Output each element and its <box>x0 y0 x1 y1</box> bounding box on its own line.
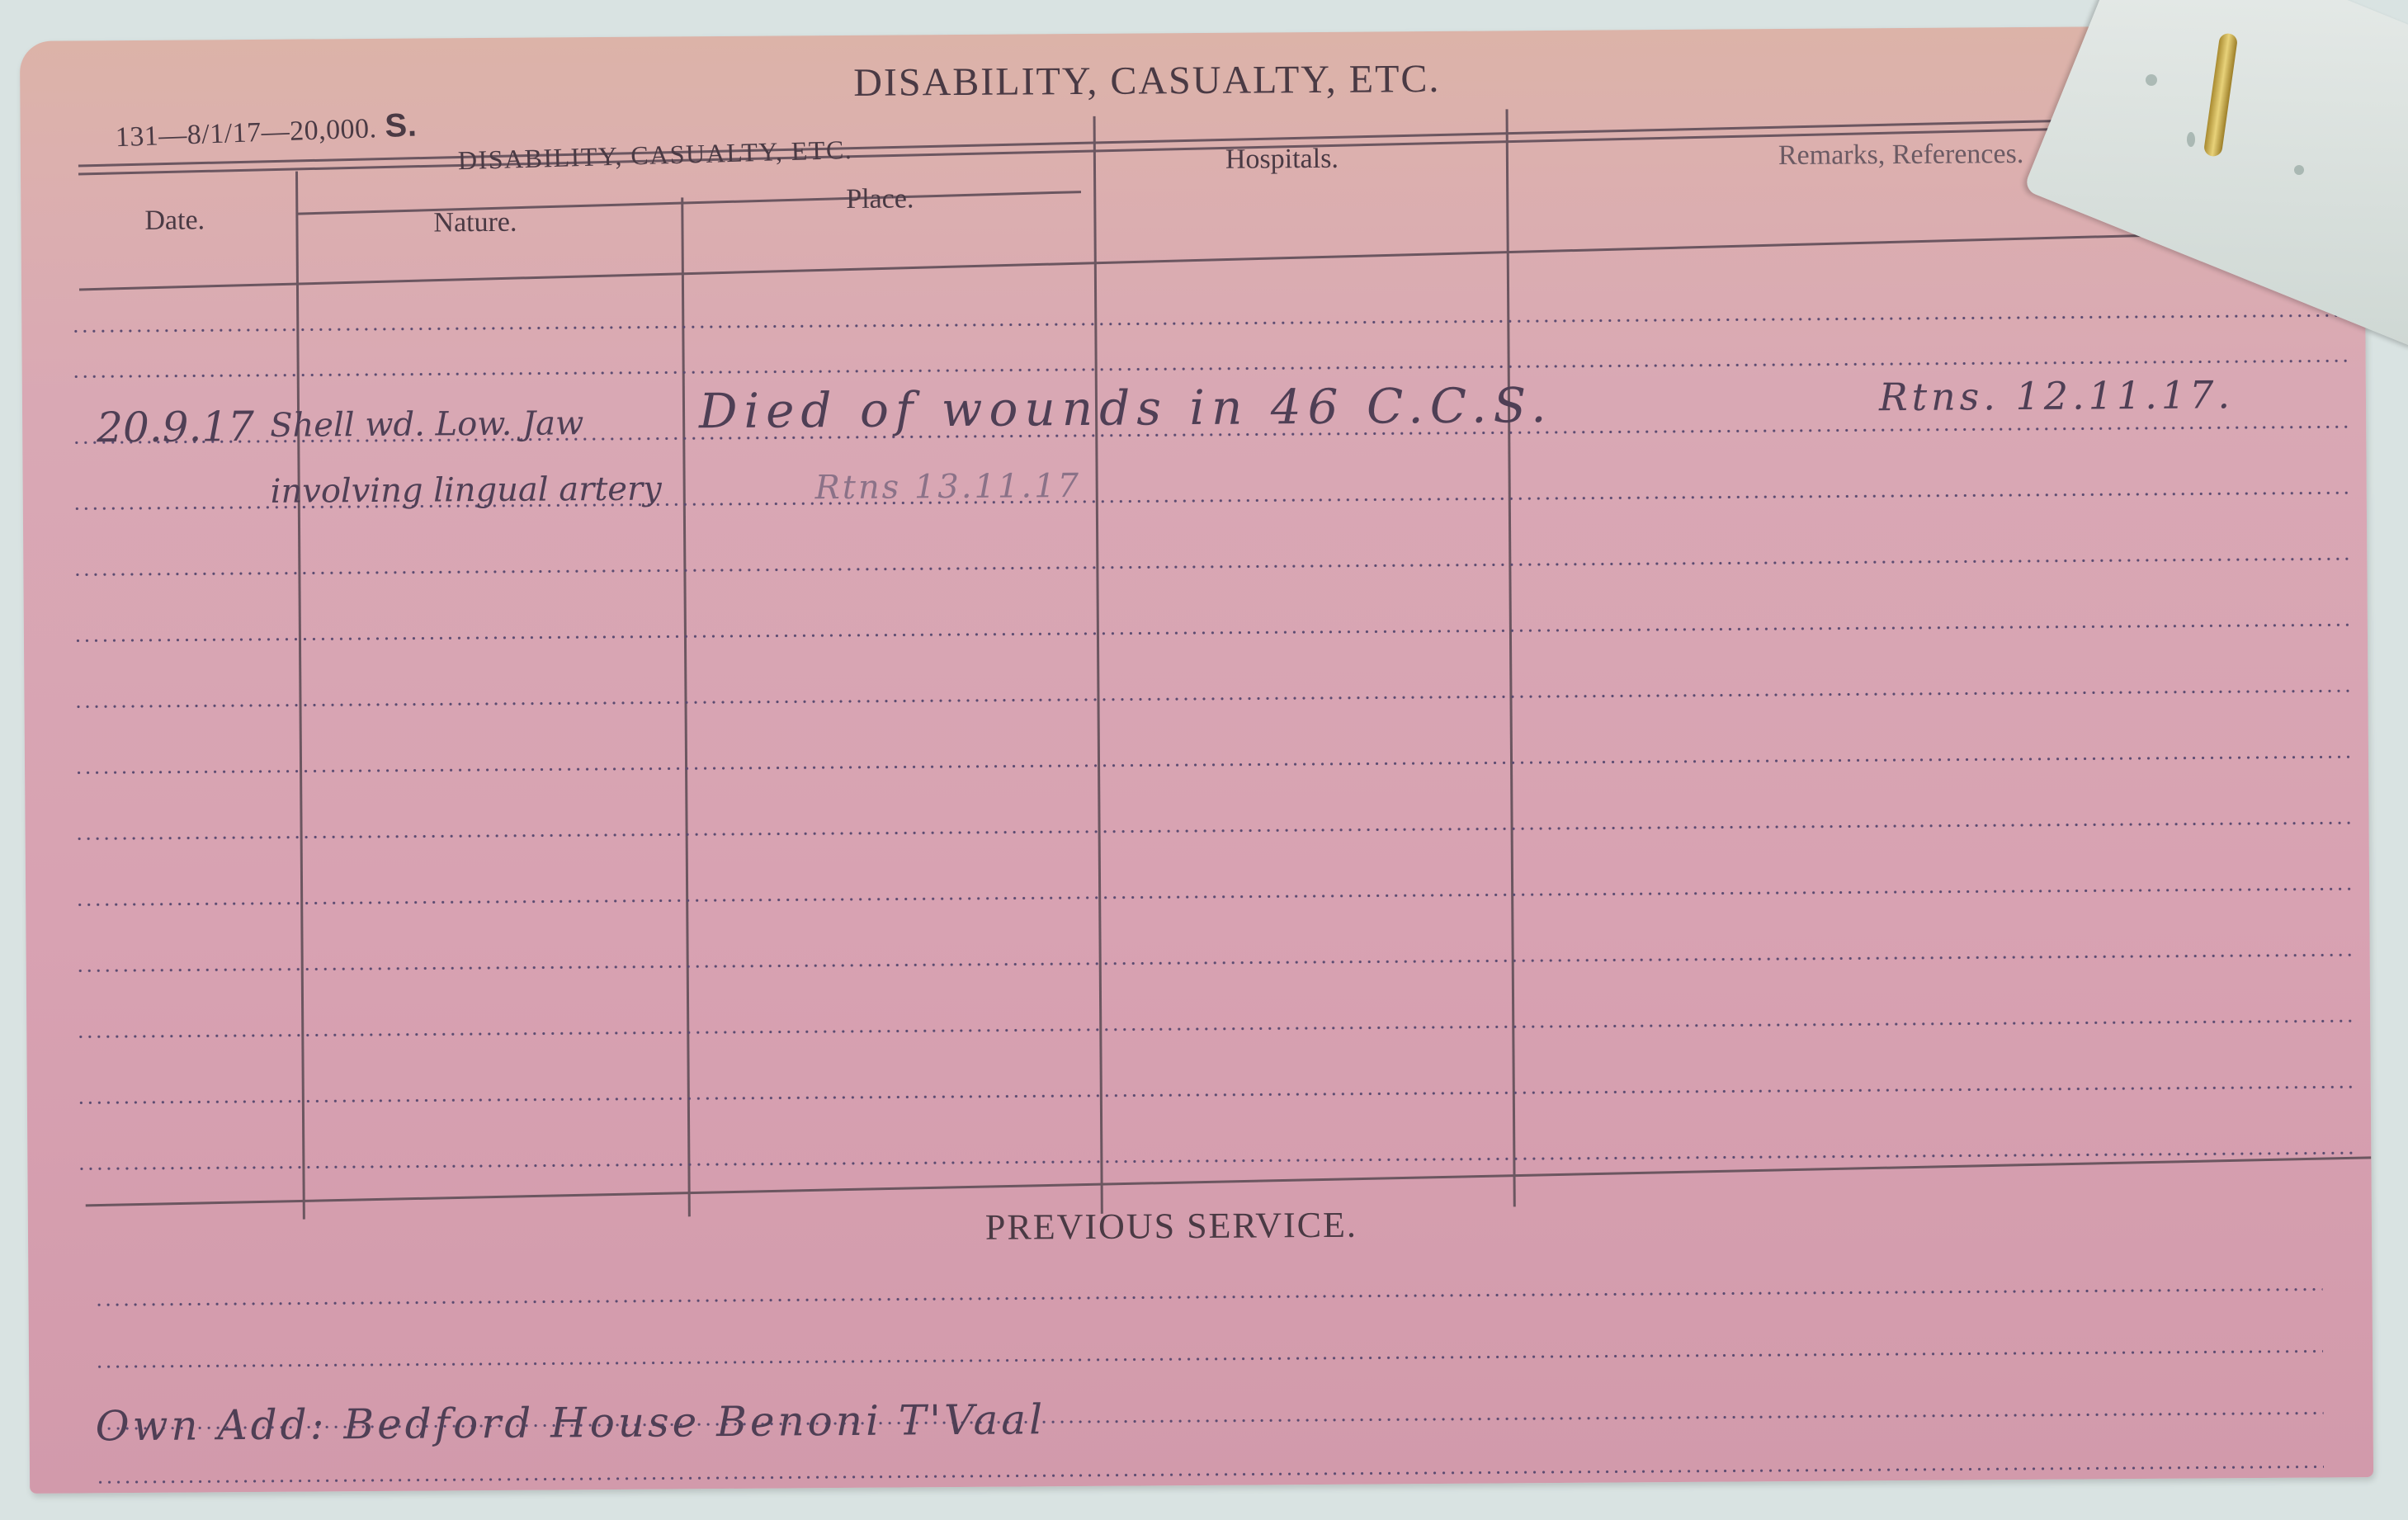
group-underline <box>297 191 1081 215</box>
entry-date: 20.9.17 <box>97 403 254 451</box>
form-title: DISABILITY, CASUALTY, ETC. <box>853 56 1441 106</box>
divider-hospitals-remarks <box>1506 109 1516 1206</box>
entry-nature-line1: Shell wd. Low. Jaw <box>270 404 583 445</box>
casualty-entry: 20.9.17 Shell wd. Low. Jaw involving lin… <box>20 25 2363 41</box>
entry-place-line2: Rtns 13.11.17 <box>815 467 1082 507</box>
own-address: Own Add: Bedford House Benoni T'Vaal <box>95 1395 1046 1450</box>
casualty-form-card: 131—8/1/17—20,000.S. DISABILITY, CASUALT… <box>20 25 2373 1494</box>
entry-place-line1: Died of wounds in 46 C.C.S. <box>699 377 1553 439</box>
previous-service-dotted-rows <box>20 25 2363 41</box>
previous-service-title: PREVIOUS SERVICE. <box>985 1204 1357 1249</box>
divider-place-hospitals <box>1093 116 1103 1214</box>
column-header-nature: Nature. <box>433 207 517 239</box>
dotted-rows <box>20 25 2363 41</box>
entry-nature-line2: involving lingual artery <box>271 470 662 511</box>
print-reference-number: 131—8/1/17—20,000. <box>115 113 377 153</box>
column-header-hospitals: Hospitals. <box>1225 144 1339 176</box>
entry-remarks: Rtns. 12.11.17. <box>1879 372 2234 419</box>
column-header-remarks: Remarks, References. <box>1778 139 2024 172</box>
print-series-letter: S. <box>385 106 418 144</box>
column-group-header: DISABILITY, CASUALTY, ETC. <box>457 135 852 176</box>
header-bottom-rule <box>79 229 2364 291</box>
print-reference: 131—8/1/17—20,000.S. <box>115 106 418 154</box>
column-header-date: Date. <box>144 205 205 237</box>
column-header-place: Place. <box>846 183 914 215</box>
divider-nature-place <box>681 197 691 1216</box>
